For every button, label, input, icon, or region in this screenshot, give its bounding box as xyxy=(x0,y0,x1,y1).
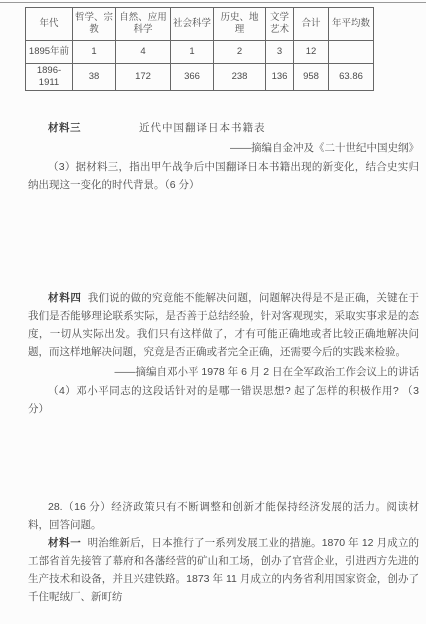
material3-heading: 材料三近代中国翻译日本书籍表 xyxy=(28,119,419,137)
table-cell: 1 xyxy=(73,41,116,64)
table-cell: 63.86 xyxy=(329,64,374,91)
table-header-cell: 年代 xyxy=(26,8,73,41)
table-header-cell: 年平均数 xyxy=(329,8,374,41)
material1-body-text: 明治维新后，日本推行了一系列发展工业的措施。1870 年 12 月成立的工部省首… xyxy=(28,537,419,603)
material3-label: 材料三 xyxy=(48,122,81,134)
table-cell: 1895年前 xyxy=(26,41,73,64)
exam-page: 年代 哲学、宗教 自然、应用科学 社会科学 历史、地理 文学艺术 合计 年平均数… xyxy=(0,7,426,606)
question-3-text: （3）据材料三，指出甲午战争后中国翻译日本书籍出现的新变化，结合史实归纳出现这一… xyxy=(28,158,419,194)
question-4-text: （4）邓小平同志的这段话针对的是哪一错误思想? 起了怎样的积极作用? （3 分） xyxy=(28,382,419,418)
table-header-cell: 文学艺术 xyxy=(266,8,294,41)
table-cell: 136 xyxy=(266,64,294,91)
table-cell: 366 xyxy=(171,64,214,91)
material3-table-title: 近代中国翻译日本书籍表 xyxy=(139,122,266,134)
table-cell xyxy=(329,41,374,64)
table-cell: 3 xyxy=(266,41,294,64)
table-cell: 4 xyxy=(116,41,171,64)
question-28-intro: 28.（16 分）经济政策只有不断调整和创新才能保持经济发展的活力。阅读材料，回… xyxy=(28,498,419,534)
material1-paragraph: 材料一 明治维新后，日本推行了一系列发展工业的措施。1870 年 12 月成立的… xyxy=(28,534,419,606)
table-header-cell: 自然、应用科学 xyxy=(116,8,171,41)
table-cell: 1896-1911 xyxy=(26,64,73,91)
table-cell: 238 xyxy=(214,64,266,91)
table-header-cell: 历史、地理 xyxy=(214,8,266,41)
table-cell: 2 xyxy=(214,41,266,64)
table-cell: 958 xyxy=(294,64,329,91)
table-cell: 12 xyxy=(294,41,329,64)
table-header-cell: 哲学、宗教 xyxy=(73,8,116,41)
material4-body-text: 我们说的做的究竟能不能解决问题，问题解决得是不是正确，关键在于我们是否能够理论联… xyxy=(28,292,419,358)
page-top-divider xyxy=(0,2,426,3)
table-header-cell: 合计 xyxy=(294,8,329,41)
table-cell: 38 xyxy=(73,64,116,91)
material4-citation: ——摘编自邓小平 1978 年 6 月 2 日在全军政治工作会议上的讲话 xyxy=(28,363,419,381)
table-row: 1896-1911 38 172 366 238 136 958 63.86 xyxy=(26,64,374,91)
translation-stats-table: 年代 哲学、宗教 自然、应用科学 社会科学 历史、地理 文学艺术 合计 年平均数… xyxy=(25,7,374,91)
material4-label: 材料四 xyxy=(48,292,82,304)
material4-paragraph: 材料四 我们说的做的究竟能不能解决问题，问题解决得是不是正确，关键在于我们是否能… xyxy=(28,289,419,361)
table-cell: 172 xyxy=(116,64,171,91)
table-header-row: 年代 哲学、宗教 自然、应用科学 社会科学 历史、地理 文学艺术 合计 年平均数 xyxy=(26,8,374,41)
table-row: 1895年前 1 4 1 2 3 12 xyxy=(26,41,374,64)
document-body: 材料三近代中国翻译日本书籍表 ——摘编自金冲及《二十世纪中国史纲》 （3）据材料… xyxy=(0,119,426,606)
table-cell: 1 xyxy=(171,41,214,64)
table-header-cell: 社会科学 xyxy=(171,8,214,41)
material1-label: 材料一 xyxy=(48,537,81,549)
material3-citation: ——摘编自金冲及《二十世纪中国史纲》 xyxy=(28,139,419,157)
